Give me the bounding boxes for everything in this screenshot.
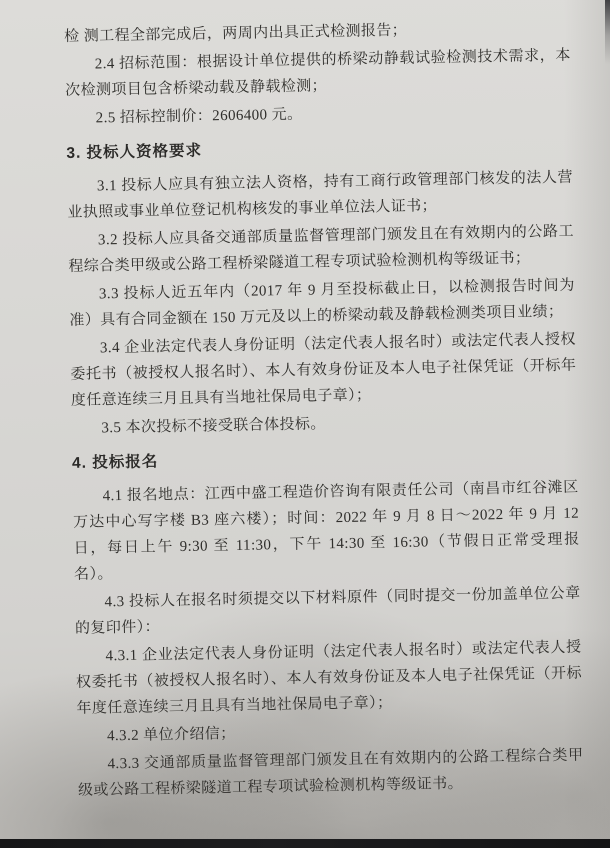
photo-edge-bottom [0,839,610,848]
section-heading-4: 4. 投标报名 [72,442,578,477]
paragraph-3-3: 3.3 投标人近五年内（2017 年 9 月至投标截止日，以检测报告时间为准）具… [69,273,576,334]
paragraph-3-1: 3.1 投标人应具有独立法人资格，持有工商行政管理部门核发的法人营业执照或事业单… [67,165,574,226]
paragraph-3-4: 3.4 企业法定代表人身份证明（法定代表人报名时）或法定代表人授权委托书（被授权… [70,327,577,414]
document-page: 检 测工程全部完成后，两周内出具正式检测报告； 2.4 招标范围：根据设计单位提… [64,15,584,806]
paragraph-4-1: 4.1 报名地点：江西中盛工程造价咨询有限责任公司（南昌市红谷滩区万达中心写字楼… [72,475,580,588]
paragraph-4-3-3: 4.3.3 交通部质量监督管理部门颁发且在有效期内的公路工程综合类甲级或公路工程… [77,743,584,804]
paragraph-4-3-1: 4.3.1 企业法定代表人身份证明（法定代表人报名时）或法定代表人授权委托书（被… [75,635,582,722]
photo-edge-top-right [605,0,610,64]
paragraph-2-4: 2.4 招标范围：根据设计单位提供的桥梁动静载试验检测技术需求，本次检测项目包含… [65,43,572,104]
paragraph-3-2: 3.2 投标人应具备交通部质量监督管理部门颁发且在有效期内的公路工程综合类甲级或… [68,219,575,280]
section-heading-3: 3. 投标人资格要求 [66,132,572,167]
document-photo: 检 测工程全部完成后，两周内出具正式检测报告； 2.4 招标范围：根据设计单位提… [0,0,610,848]
paragraph-4-3: 4.3 投标人在报名时须提交以下材料原件（同时提交一份加盖单位公章的复印件）： [74,581,581,642]
